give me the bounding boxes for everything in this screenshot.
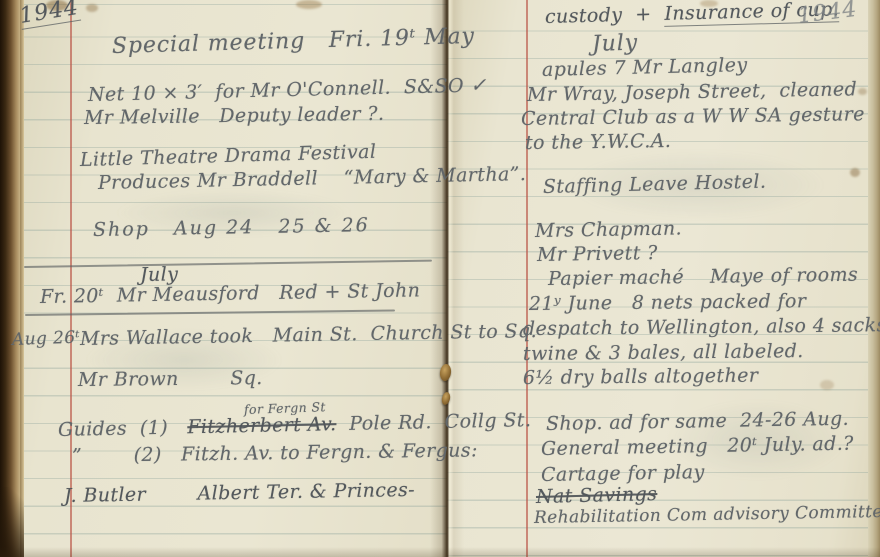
central-club-entry: Central Club as a W W SA gesture xyxy=(521,105,865,129)
guides2-text: Fitzh. Av. to Fergn. & Fergus: xyxy=(181,439,478,465)
chapman-entry: Mrs Chapman. xyxy=(535,219,682,241)
general-meeting-entry: General meeting 20ᵗ July. ad.? xyxy=(541,435,854,459)
july-heading-right: July xyxy=(592,32,639,56)
brown-entry: Mr Brown Sq. xyxy=(78,369,263,390)
red-margin-line-left xyxy=(70,0,72,557)
balls-entry: 6½ dry balls altogether xyxy=(523,367,758,388)
ywca-entry: to the Y.W.C.A. xyxy=(525,132,672,153)
ditto-mark: ” (2) xyxy=(72,443,181,467)
despatch-entry: despatch to Wellington, also 4 sacks xyxy=(523,316,880,339)
guides-rest: Pole Rd. Collg St. xyxy=(336,409,531,435)
staffing-entry: Staffing Leave Hostel. xyxy=(543,173,767,197)
notebook-spread: 1944 Special meeting Fri. 19ᵗ May Net 10… xyxy=(0,0,880,557)
twine-entry: twine & 3 bales, all labeled. xyxy=(523,342,804,364)
guides-struck-text: Fitzherbert Av. xyxy=(187,413,337,438)
stain xyxy=(820,380,834,390)
book-spine-edge xyxy=(0,0,24,557)
guides-label: Guides (1) xyxy=(58,416,188,441)
stain xyxy=(858,88,867,95)
melville-entry: Mr Melville Deputy leader ?. xyxy=(84,105,385,128)
aug26-date: Aug 26ᵗ xyxy=(12,330,81,349)
langley-entry: apules 7 Mr Langley xyxy=(542,56,748,80)
cartage-entry: Cartage for play xyxy=(541,463,705,485)
privett-entry: Mr Privett ? xyxy=(537,244,658,265)
custody-entry: custody + Insurance of cup. xyxy=(545,0,840,27)
stain xyxy=(86,4,98,12)
stain xyxy=(296,0,322,9)
shop-ad-entry: Shop. ad for same 24-26 Aug. xyxy=(546,410,849,434)
nat-savings-entry: Nat Savings xyxy=(536,485,658,507)
custody-pre: custody + xyxy=(545,3,665,28)
papier-entry: Papier maché Maye of rooms xyxy=(548,266,858,289)
july-heading-left: July xyxy=(140,265,179,285)
stain xyxy=(850,168,860,177)
june21-entry: 21ʸ June 8 nets packed for xyxy=(529,292,806,314)
page-edge-right xyxy=(868,0,880,557)
shop-entry: Shop Aug 24 25 & 26 xyxy=(93,216,370,240)
bottom-edge-shadow xyxy=(0,547,880,557)
